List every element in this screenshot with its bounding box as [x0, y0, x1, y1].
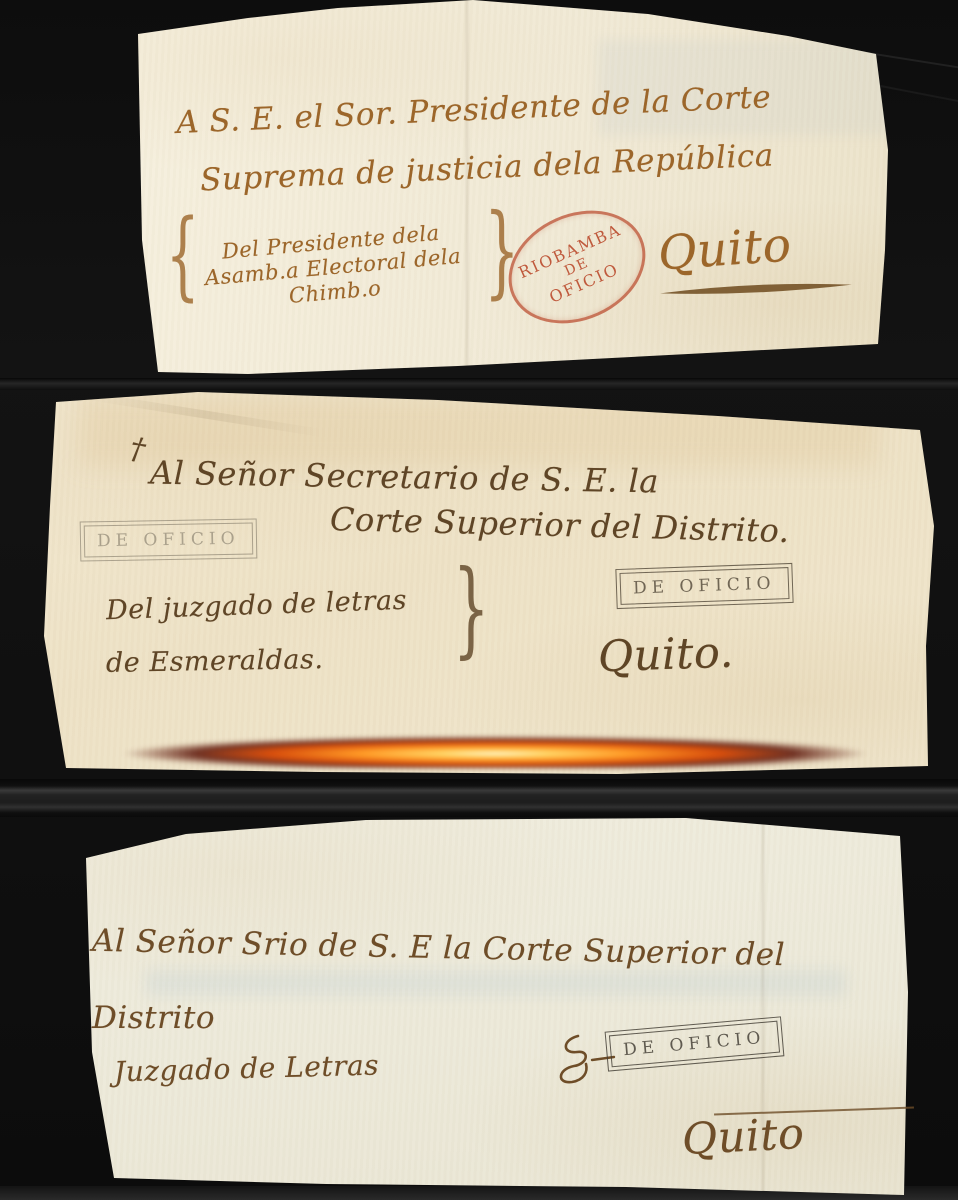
stamp-text: DE OFICIO — [84, 523, 253, 558]
sender-note-line: de Esmeraldas. — [106, 644, 324, 680]
de-oficio-box-stamp-center: DE OFICIO — [615, 563, 793, 609]
destination: Quito. — [597, 628, 734, 684]
blue-tint-smear — [146, 970, 846, 996]
stamp-text: DE OFICIO — [619, 567, 789, 605]
light-reflection-glow — [90, 736, 900, 768]
destination: Quito — [681, 1109, 806, 1167]
sender-brace-right: } — [453, 562, 490, 656]
top-cover: A S. E. el Sor. Presidente de la Corte S… — [128, 0, 896, 380]
middle-cover: † Al Señor Secretario de S. E. la Corte … — [18, 386, 940, 778]
destination: Quito — [656, 217, 793, 283]
de-oficio-box-stamp-left: DE OFICIO — [80, 518, 257, 561]
paper-fold-line — [464, 0, 470, 380]
sender-note-line: Juzgado de Letras — [114, 1049, 380, 1090]
address-line: Distrito — [92, 1000, 215, 1037]
bottom-cover: Al Señor Srio de S. E la Corte Superior … — [66, 812, 914, 1200]
